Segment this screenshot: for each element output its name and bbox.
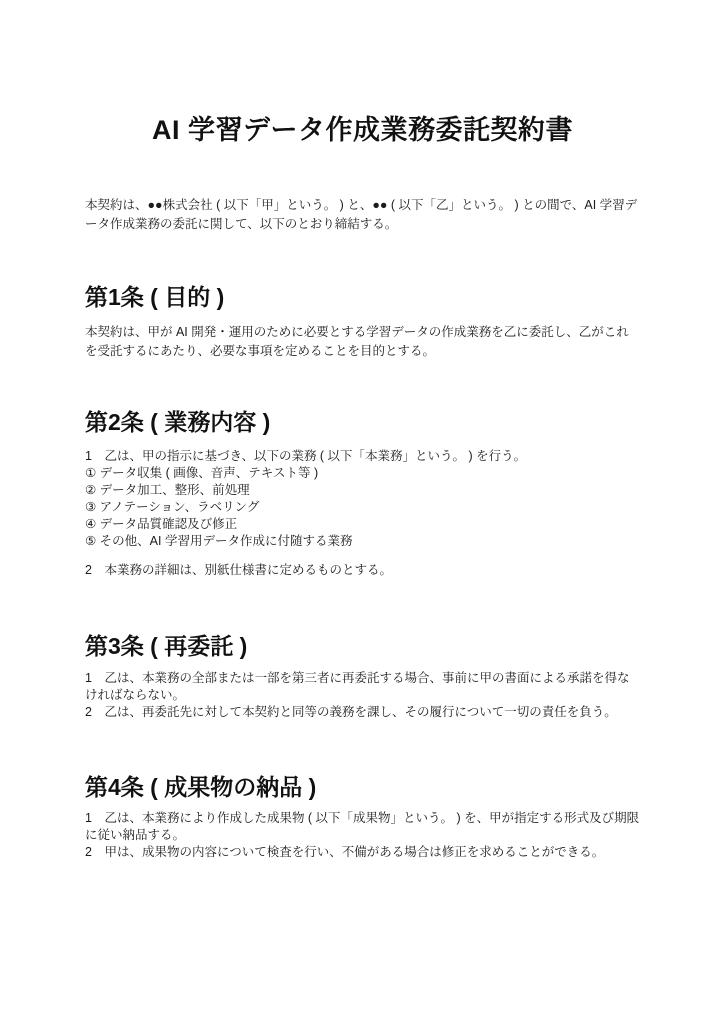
article-4: 第4条 ( 成果物の納品 ) 1 乙は、本業務により作成した成果物 ( 以下「成… <box>85 774 640 861</box>
article-3-body: 1 乙は、本業務の全部または一部を第三者に再委託する場合、事前に甲の書面による承… <box>85 670 640 721</box>
work-item-2: ② データ加工、整形、前処理 <box>85 482 640 499</box>
article-2: 第2条 ( 業務内容 ) 1 乙は、甲の指示に基づき、以下の業務 ( 以下「本業… <box>85 409 640 579</box>
article-4-body: 1 乙は、本業務により作成した成果物 ( 以下「成果物」という。 ) を、甲が指… <box>85 810 640 861</box>
article-1-heading: 第1条 ( 目的 ) <box>85 284 640 311</box>
contract-title: AI 学習データ作成業務委託契約書 <box>85 112 640 148</box>
article-1-body: 本契約は、甲が AI 開発・運用のために必要とする学習データの作成業務を乙に委託… <box>85 323 640 361</box>
article-4-clause-2: 2 甲は、成果物の内容について検査を行い、不備がある場合は修正を求めることができ… <box>85 844 640 861</box>
article-3-heading: 第3条 ( 再委託 ) <box>85 633 640 660</box>
article-4-heading: 第4条 ( 成果物の納品 ) <box>85 774 640 801</box>
work-item-5: ⑤ その他、AI 学習用データ作成に付随する業務 <box>85 533 640 550</box>
article-3-clause-1: 1 乙は、本業務の全部または一部を第三者に再委託する場合、事前に甲の書面による承… <box>85 670 640 704</box>
work-item-list: ① データ収集 ( 画像、音声、テキスト等 ) ② データ加工、整形、前処理 ③… <box>85 465 640 550</box>
article-4-clause-1: 1 乙は、本業務により作成した成果物 ( 以下「成果物」という。 ) を、甲が指… <box>85 810 640 844</box>
article-3-clause-2: 2 乙は、再委託先に対して本契約と同等の義務を課し、その履行について一切の責任を… <box>85 704 640 721</box>
work-item-4: ④ データ品質確認及び修正 <box>85 516 640 533</box>
article-2-clause-1: 1 乙は、甲の指示に基づき、以下の業務 ( 以下「本業務」という。 ) を行う。 <box>85 448 640 465</box>
article-1: 第1条 ( 目的 ) 本契約は、甲が AI 開発・運用のために必要とする学習デー… <box>85 284 640 361</box>
article-3: 第3条 ( 再委託 ) 1 乙は、本業務の全部または一部を第三者に再委託する場合… <box>85 633 640 721</box>
article-2-clause-2: 2 本業務の詳細は、別紙仕様書に定めるものとする。 <box>85 562 640 579</box>
article-2-heading: 第2条 ( 業務内容 ) <box>85 409 640 436</box>
work-item-1: ① データ収集 ( 画像、音声、テキスト等 ) <box>85 465 640 482</box>
preamble-paragraph: 本契約は、●●株式会社 ( 以下「甲」という。 ) と、●● ( 以下「乙」とい… <box>85 196 640 234</box>
work-item-3: ③ アノテーション、ラベリング <box>85 499 640 516</box>
document-page: AI 学習データ作成業務委託契約書 本契約は、●●株式会社 ( 以下「甲」という… <box>0 0 724 1024</box>
